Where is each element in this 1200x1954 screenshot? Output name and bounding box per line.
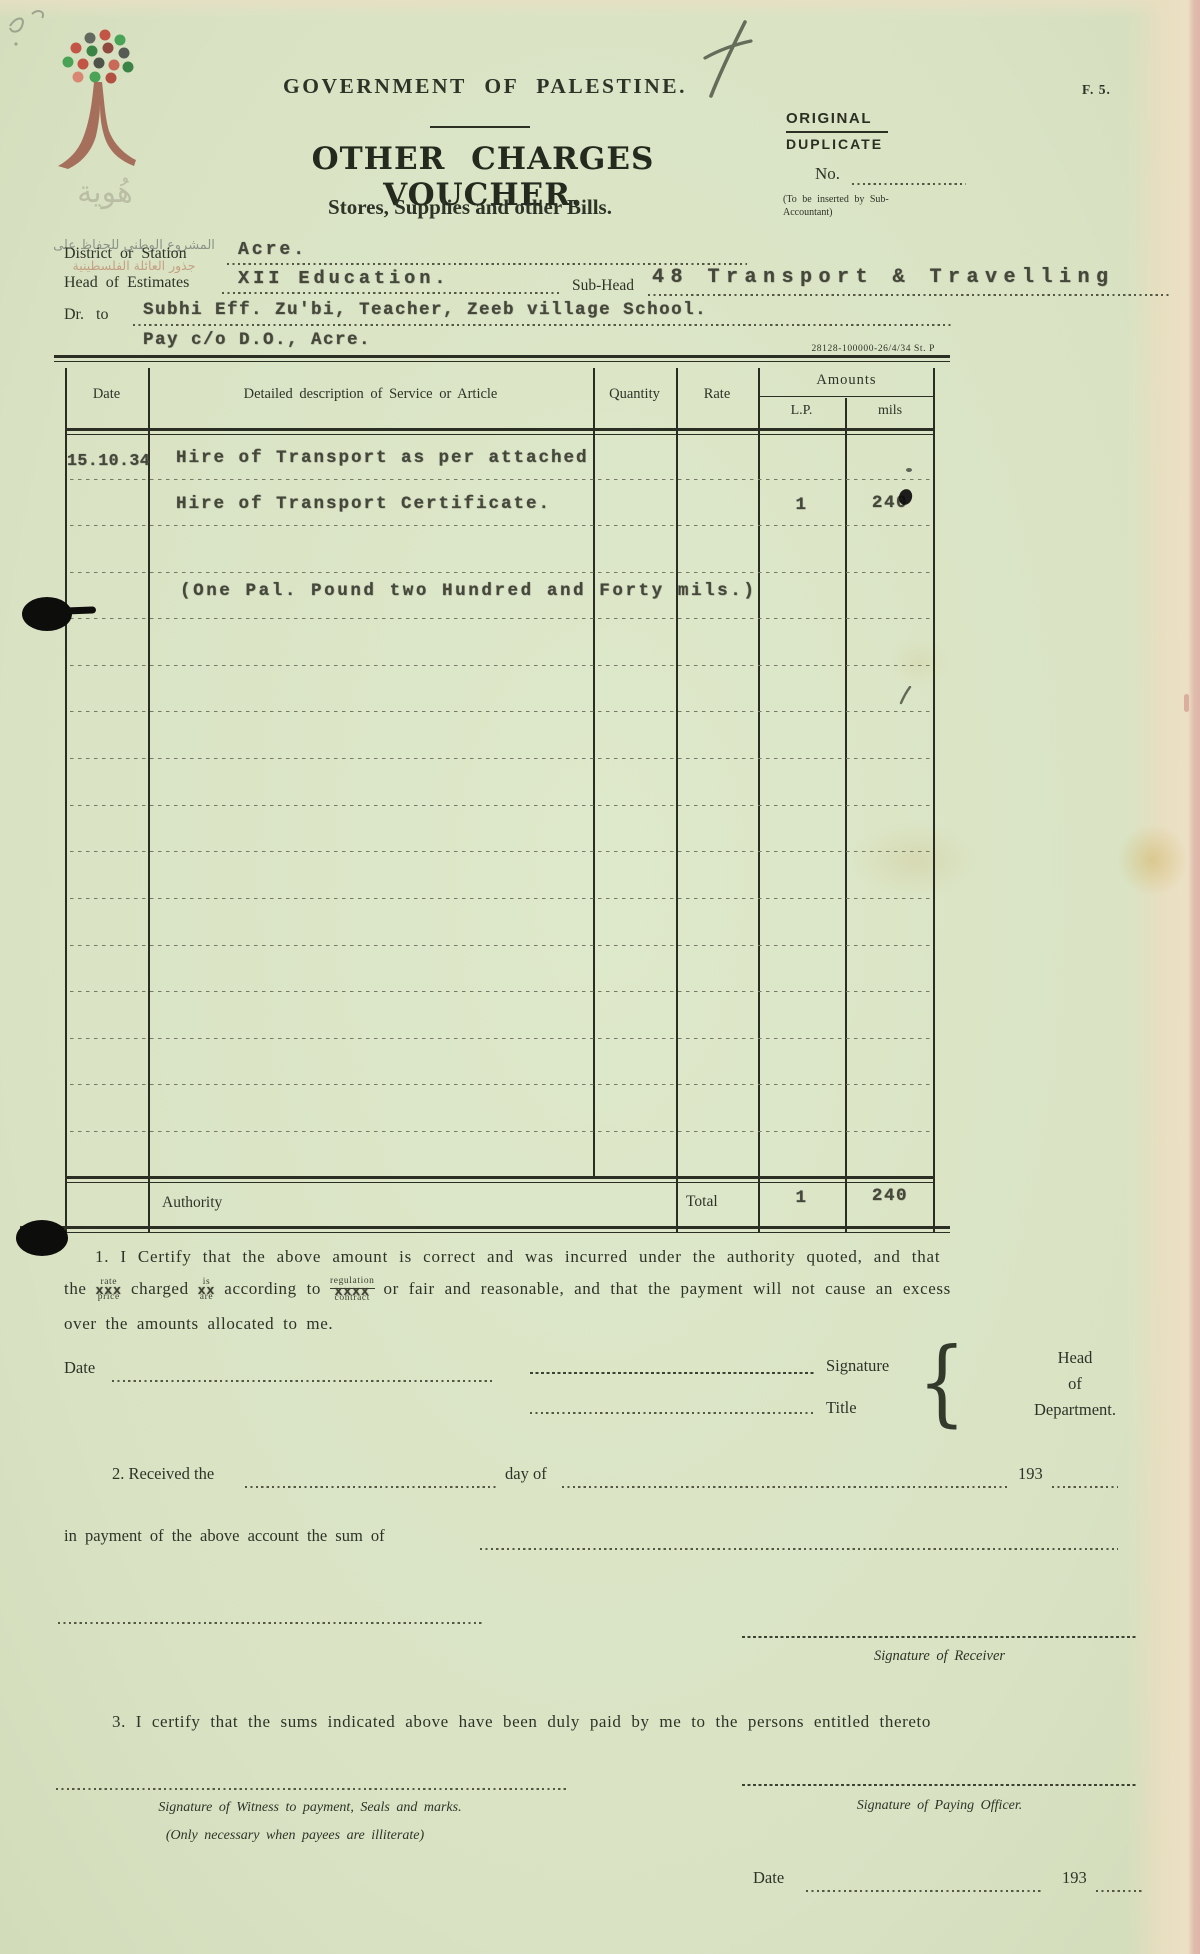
handwritten-tick: [898, 686, 914, 706]
signature-line: [530, 1372, 815, 1374]
receiver-signature-caption: Signature of Receiver: [742, 1648, 1137, 1665]
bottom-year-prefix: 193: [1062, 1868, 1087, 1888]
district-value: Acre.: [238, 240, 307, 260]
margin-mark: [1184, 694, 1189, 712]
date-line: [112, 1380, 492, 1382]
total-amount-mils: 240: [845, 1186, 935, 1206]
watermark-wordmark: هُوية: [77, 175, 133, 210]
copy-type-duplicate: DUPLICATE: [786, 136, 883, 152]
copy-type-strike-rule: [786, 131, 888, 133]
is-are-alternative: is xx are: [198, 1278, 216, 1302]
head-of-department-line3: Department.: [1000, 1400, 1150, 1420]
copy-type-original: ORIGINAL: [786, 110, 872, 127]
number-note-line1: (To be inserted by Sub-: [783, 194, 889, 205]
witness-caption-line2: (Only necessary when payees are illitera…: [60, 1828, 530, 1844]
table-vline: [676, 368, 678, 1232]
header-divider-rule: [430, 126, 530, 128]
table-row-rule: [70, 525, 932, 526]
table-row-rule: [70, 665, 932, 666]
paper-stain: [850, 820, 980, 900]
voucher-subtitle: Stores, Supplies and other Bills.: [230, 195, 710, 220]
column-header-description: Detailed description of Service or Artic…: [148, 386, 593, 403]
table-row-rule: [70, 851, 932, 852]
total-label: Total: [686, 1193, 718, 1211]
district-label: District or Station: [64, 245, 187, 263]
received-day-line: [245, 1486, 497, 1488]
print-reference: 28128-100000-26/4/34 St. P: [760, 344, 935, 354]
certification1-line2-rest: or fair and reasonable, and that the pay…: [384, 1279, 951, 1299]
section-divider-rule: [54, 355, 950, 362]
date-label: Date: [64, 1358, 95, 1378]
table-row-rule: [70, 618, 932, 619]
scanned-voucher-page: هُوية المشروع الوطني للحفاظ على جذور الع…: [0, 0, 1200, 1954]
received-label: 2. Received the: [112, 1464, 214, 1484]
certification1-line1: 1. I Certify that the above amount is co…: [95, 1247, 940, 1267]
bottom-year-line: [1096, 1890, 1142, 1892]
district-line: [227, 263, 747, 265]
estimates-value: XII Education.: [238, 268, 449, 289]
form-code: F. 5.: [1082, 82, 1111, 98]
number-note-line2: Accountant): [783, 207, 832, 218]
table-row-rule: [70, 1038, 932, 1039]
tree-trunk: [58, 82, 136, 169]
certification1-word-charged: charged: [131, 1279, 189, 1299]
payment-sum-continuation-line: [58, 1622, 483, 1624]
table-vline: [65, 368, 67, 1232]
debit-value-line2: Pay c/o D.O., Acre.: [143, 330, 371, 350]
witness-signature-line: [56, 1788, 566, 1790]
column-header-mils: mils: [845, 403, 935, 419]
certification1-words-according: according to: [224, 1279, 321, 1299]
table-vline: [148, 368, 150, 1232]
entry-amount-lp: 1: [758, 495, 845, 515]
rate-price-alternative: rate xxx price: [96, 1278, 122, 1302]
total-amount-lp: 1: [758, 1188, 845, 1208]
estimates-line: [222, 292, 562, 294]
archive-watermark-logo: هُوية: [50, 24, 160, 234]
day-of-label: day of: [505, 1464, 547, 1484]
table-footer-bottom-rule: [20, 1226, 950, 1233]
debit-line: [133, 324, 951, 326]
government-title: GOVERNMENT OF PALESTINE.: [283, 74, 683, 99]
table-header-rule: [65, 428, 935, 435]
witness-caption-line1: Signature of Witness to payment, Seals a…: [60, 1800, 560, 1816]
entry-description-line2: Hire of Transport Certificate.: [176, 494, 551, 514]
entry-date: 15.10.34: [67, 451, 150, 470]
table-row-rule: [70, 991, 932, 992]
paper-stain: [1116, 824, 1188, 896]
signature-label: Signature: [826, 1356, 889, 1376]
table-row-rule: [70, 898, 932, 899]
paying-officer-caption: Signature of Paying Officer.: [742, 1798, 1137, 1814]
hole-punch-streak: [62, 606, 96, 614]
column-header-date: Date: [65, 386, 148, 403]
entry-amount-in-words: (One Pal. Pound two Hundred and Forty mi…: [180, 581, 756, 601]
table-row-rule: [70, 1131, 932, 1132]
payment-sum-line: [480, 1548, 1118, 1550]
year-line: [1052, 1486, 1118, 1488]
voucher-number-line: [852, 183, 966, 185]
table-vline: [593, 368, 595, 1178]
subhead-label: Sub-Head: [572, 277, 634, 295]
brace-glyph: {: [918, 1336, 966, 1430]
estimates-label: Head of Estimates: [64, 274, 189, 292]
subhead-line: [648, 294, 1170, 296]
receiver-signature-line: [742, 1636, 1137, 1638]
column-header-lp: L.P.: [758, 403, 845, 419]
table-vline: [845, 398, 847, 1232]
title-line: [530, 1412, 815, 1414]
payment-sum-label: in payment of the above account the sum …: [64, 1526, 385, 1546]
table-row-rule: [70, 805, 932, 806]
column-header-rate: Rate: [676, 386, 758, 403]
table-row-rule: [70, 1084, 932, 1085]
ink-speck: [906, 468, 912, 472]
entry-amount-mils: 240: [845, 493, 935, 513]
table-row-rule: [70, 758, 932, 759]
table-row-rule: [70, 479, 932, 480]
table-row-rule: [70, 711, 932, 712]
handwritten-number-7: 7: [683, 14, 773, 104]
debit-label: Dr. to: [64, 306, 108, 324]
authority-label: Authority: [162, 1194, 222, 1212]
voucher-number-label: No.: [815, 164, 840, 184]
paper-stain: [888, 636, 952, 688]
head-of-department-line1: Head: [1020, 1348, 1130, 1368]
year-prefix: 193: [1018, 1464, 1043, 1484]
subhead-value: 48 Transport & Travelling: [652, 266, 1115, 289]
column-header-amounts: Amounts: [758, 372, 935, 389]
title-label: Title: [826, 1398, 857, 1418]
corner-pencil-scribble: [2, 6, 62, 76]
head-of-department-line2: of: [1020, 1374, 1130, 1394]
regulation-contract-alternative: regulation xxxx contract: [330, 1277, 375, 1303]
table-row-rule: [70, 945, 932, 946]
column-header-quantity: Quantity: [593, 386, 676, 403]
table-row-rule: [70, 572, 932, 573]
certification1-word-the: the: [64, 1279, 87, 1299]
paying-officer-signature-line: [742, 1784, 1137, 1786]
tree-crown-figures: [63, 30, 134, 84]
debit-value-line1: Subhi Eff. Zu'bi, Teacher, Zeeb village …: [143, 300, 707, 320]
certification1-line2: the rate xxx price charged is xx are acc…: [64, 1276, 951, 1302]
month-line: [562, 1486, 1008, 1488]
certification3-text: 3. I certify that the sums indicated abo…: [112, 1712, 931, 1732]
table-footer-top-rule: [65, 1176, 935, 1183]
hole-punch-mark: [16, 1220, 68, 1256]
certification1-line3: over the amounts allocated to me.: [64, 1314, 333, 1334]
entry-description-line1: Hire of Transport as per attached: [176, 448, 589, 468]
bottom-date-line: [806, 1890, 1041, 1892]
bottom-date-label: Date: [753, 1868, 784, 1888]
